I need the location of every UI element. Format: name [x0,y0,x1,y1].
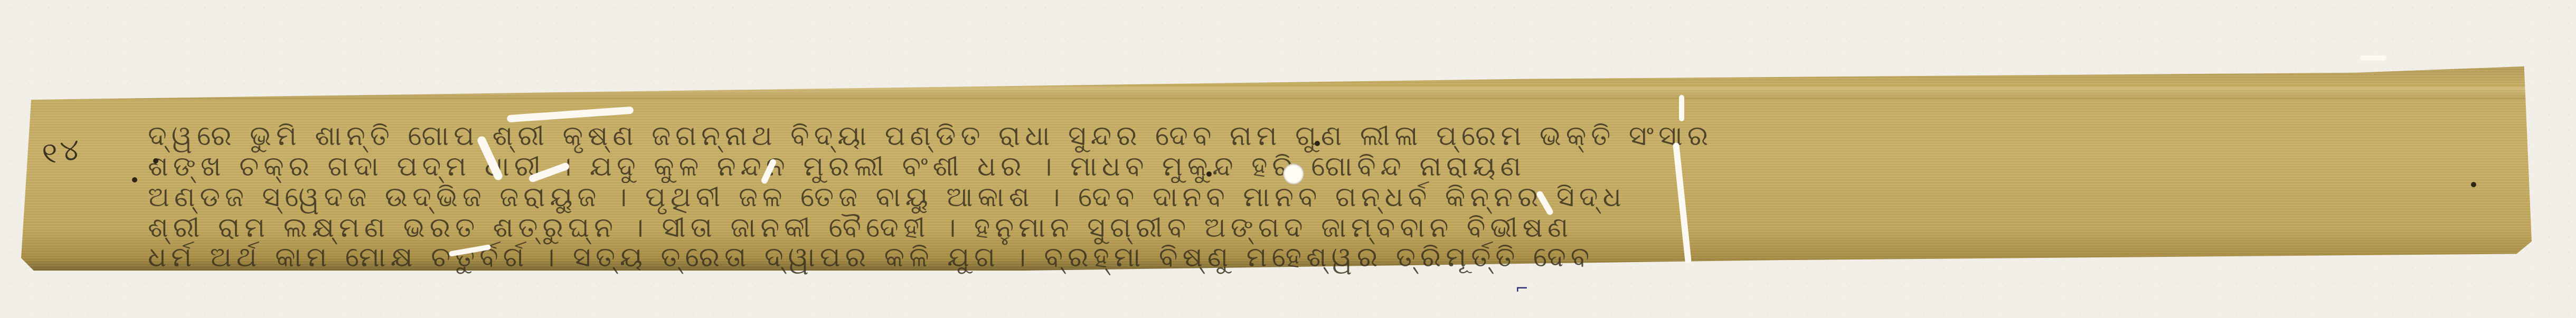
ink-spot [2471,182,2476,187]
damage-mark [1679,95,1684,121]
ink-spot [153,158,158,163]
pen-mark: ⌐ [1515,280,1528,298]
ink-spot [1315,141,1320,146]
folio-number: ୧୪ [40,132,86,172]
ink-spot [132,177,137,182]
damage-mark [2360,55,2386,61]
string-hole [1283,163,1304,185]
text-line-5: ଧର୍ମ ଅର୍ଥ କାମ ମୋକ୍ଷ ଚତୁର୍ବର୍ଗ । ସତ୍ୟ ତ୍ର… [148,242,1594,274]
text-line-3: ଅଣ୍ଡଜ ସ୍ୱେଦଜ ଉଦ୍ଭିଜ ଜରାୟୁଜ । ପୃଥିବୀ ଜଳ ତ… [148,181,1626,214]
text-line-4: ଶ୍ରୀ ରାମ ଲକ୍ଷ୍ମଣ ଭରତ ଶତ୍ରୁଘ୍ନ । ସୀତା ଜାନ… [148,212,1573,244]
ink-spot [1206,171,1212,177]
text-line-2: ଶଙ୍ଖ ଚକ୍ର ଗଦା ପଦ୍ମ ଧାରୀ । ଯଦୁ କୁଳ ନନ୍ଦନ … [148,151,1526,183]
text-line-1: ଦ୍ୱରେ ଭୁମି ଶାନ୍ତି ଗୋପ ଶ୍ରୀ କୃଷ୍ଣ ଜଗନ୍ନାଥ… [148,120,1713,152]
